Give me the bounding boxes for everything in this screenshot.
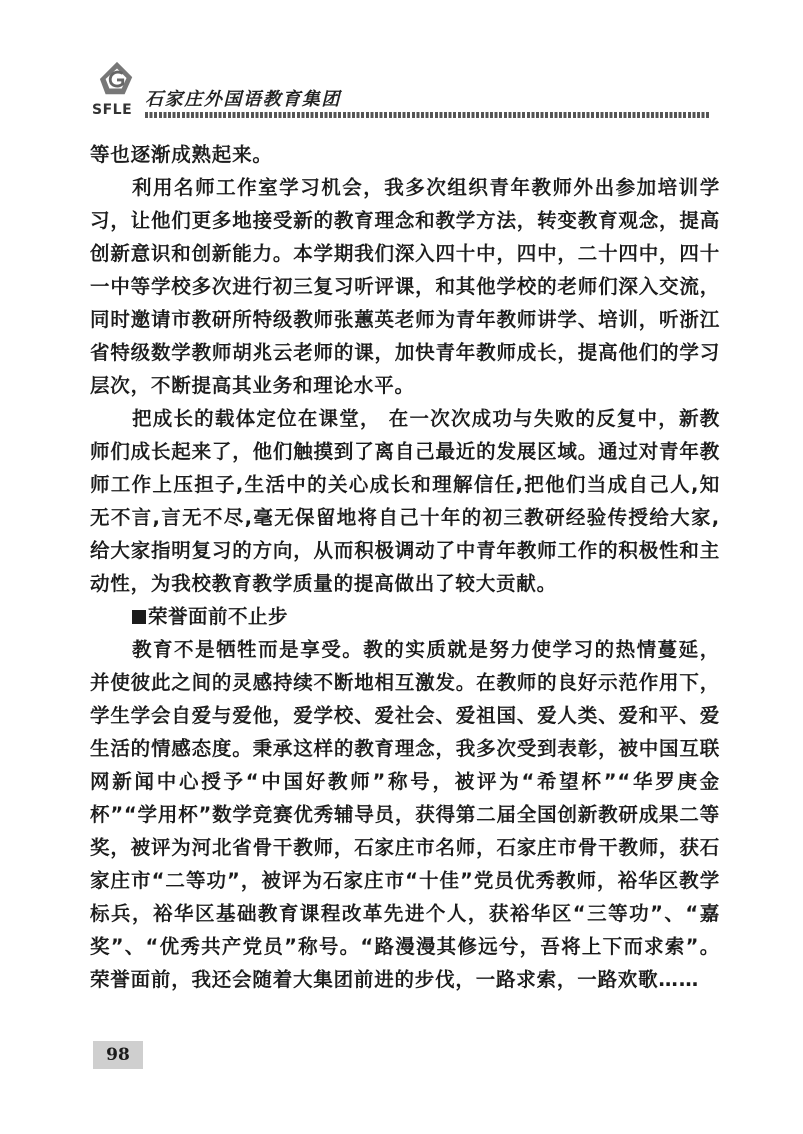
organization-name: 石家庄外国语教育集团 [145, 90, 341, 110]
article-body: 等也逐渐成熟起来。 利用名师工作室学习机会，我多次组织青年教师外出参加培训学习，… [90, 138, 720, 996]
paragraph: 等也逐渐成熟起来。 [90, 138, 720, 171]
sfle-logo: SFLE [92, 60, 144, 120]
page-number: 98 [93, 1041, 143, 1069]
section-heading-text: 荣誉面前不止步 [148, 605, 288, 628]
paragraph: 教育不是牺牲而是享受。教的实质就是努力使学习的热情蔓延，并使彼此之间的灵感持续不… [90, 633, 720, 996]
page-header: SFLE 石家庄外国语教育集团 [92, 60, 712, 122]
section-heading: 荣誉面前不止步 [90, 600, 720, 633]
paragraph: 利用名师工作室学习机会，我多次组织青年教师外出参加培训学习，让他们更多地接受新的… [90, 171, 720, 402]
logo-text: SFLE [92, 102, 132, 118]
logo-icon [98, 60, 136, 98]
paragraph: 把成长的载体定位在课堂， 在一次次成功与失败的反复中，新教师们成长起来了，他们触… [90, 402, 720, 600]
header-dashed-rule [145, 112, 709, 118]
square-bullet-icon [132, 610, 146, 624]
